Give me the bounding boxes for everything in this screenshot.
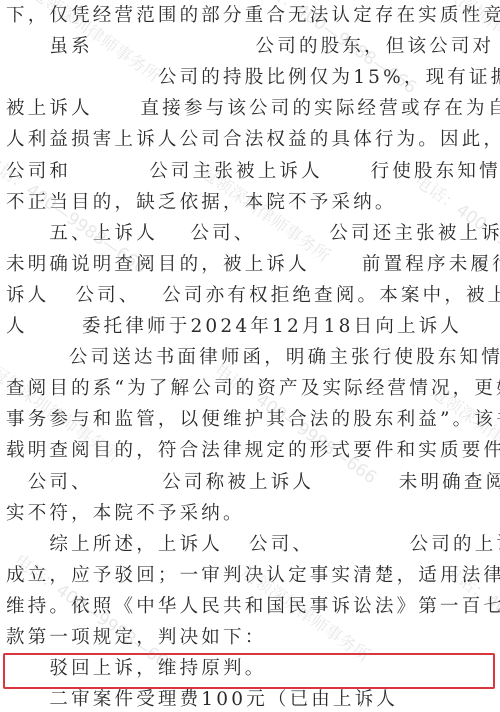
text-line: 查阅目的系“为了解公司的资产及实际经营情况，更好地对公司 bbox=[6, 373, 496, 404]
text-line: 不正当目的，缺乏依据，本院不予采纳。 bbox=[6, 187, 496, 218]
text-line: 款第一项规定，判决如下： bbox=[6, 622, 496, 653]
highlight-box-verdict bbox=[3, 653, 495, 689]
text-segment: 公司、 bbox=[190, 218, 255, 249]
text-line: 未明确说明查阅目的，被上诉人前置程序未履行完备，上 bbox=[6, 249, 496, 280]
text-segment: 公司、 bbox=[75, 280, 140, 311]
text-segment: 查阅目的系“为了解公司的资产及实际经营情况，更好地对公司 bbox=[6, 373, 500, 404]
text-line: 诉人公司、公司亦有权拒绝查阅。本案中，被上诉 bbox=[6, 280, 496, 311]
text-segment: 实不符，本院不予采纳。 bbox=[6, 498, 245, 529]
text-line: 公司、公司称被上诉人未明确查阅目的，与事 bbox=[6, 467, 496, 498]
text-segment: 公司称被上诉人 bbox=[162, 467, 314, 498]
text-segment: 前置程序未履行完备，上 bbox=[362, 249, 500, 280]
text-segment: 公司的股东，但该公司对 bbox=[256, 31, 495, 62]
text-line: 人利益损害上诉人公司合法权益的具体行为。因此，上诉人 bbox=[6, 124, 496, 155]
text-line: 五、上诉人公司、公司还主张被上诉人 bbox=[6, 218, 496, 249]
text-line: 公司的持股比例仅为15%，现有证据不足以证明 bbox=[6, 62, 496, 93]
text-line: 成立，应予驳回；一审判决认定事实清楚，适用法律正确，应予 bbox=[6, 560, 496, 591]
text-segment: 被上诉人 bbox=[6, 93, 93, 124]
text-line: 公司和公司主张被上诉人行使股东知情权存在 bbox=[6, 156, 496, 187]
text-line: 载明查阅目的，符合法律规定的形式要件和实质要件，上诉人 bbox=[6, 435, 496, 466]
text-segment: 直接参与该公司的实际经营或存在为自身或他 bbox=[141, 93, 500, 124]
text-segment: 虽系 bbox=[49, 31, 92, 62]
text-line: 公司送达书面律师函，明确主张行使股东知情权，并说明 bbox=[6, 342, 496, 373]
text-line: 事务参与和监管，以便维护其合法的股东利益”。该书面请求已 bbox=[6, 404, 496, 435]
text-segment: 人 bbox=[6, 311, 28, 342]
text-segment: 综上所述，上诉人 bbox=[49, 529, 223, 560]
text-segment: 诉人 bbox=[6, 280, 49, 311]
text-segment: 公司、 bbox=[28, 467, 93, 498]
text-segment: 载明查阅目的，符合法律规定的形式要件和实质要件，上诉人 bbox=[6, 435, 500, 466]
text-line: 人委托律师于2024年12月18日向上诉人公司及 bbox=[6, 311, 496, 342]
text-segment: 公司还主张被上诉人 bbox=[329, 218, 500, 249]
text-segment: 公司亦有权拒绝查阅。本案中，被上诉 bbox=[162, 280, 500, 311]
text-segment: 五、上诉人 bbox=[49, 218, 158, 249]
text-segment: 委托律师于2024年12月18日向上诉人 bbox=[82, 311, 462, 342]
text-segment: 公司、 bbox=[249, 529, 314, 560]
text-line: 被上诉人直接参与该公司的实际经营或存在为自身或他 bbox=[6, 93, 496, 124]
text-line: 虽系公司的股东，但该公司对 bbox=[6, 31, 496, 62]
text-segment: 下，仅凭经营范围的部分重合无法认定存在实质性竞争关系。 bbox=[6, 0, 500, 31]
text-line: 维持。依照《中华人民共和国民事诉讼法》第一百七十七条第一 bbox=[6, 591, 496, 622]
text-segment: 公司和 bbox=[6, 156, 71, 187]
document-page: 下，仅凭经营范围的部分重合无法认定存在实质性竞争关系。虽系公司的股东，但该公司对… bbox=[0, 0, 500, 712]
text-segment: 未明确说明查阅目的，被上诉人 bbox=[6, 249, 310, 280]
text-line: 实不符，本院不予采纳。 bbox=[6, 498, 496, 529]
text-segment: 人利益损害上诉人公司合法权益的具体行为。因此，上诉人 bbox=[6, 124, 500, 155]
text-segment: 公司的上诉请求不能 bbox=[410, 529, 500, 560]
text-segment: 公司送达书面律师函，明确主张行使股东知情权，并说明 bbox=[69, 342, 500, 373]
text-segment: 公司主张被上诉人 bbox=[149, 156, 323, 187]
text-line: 下，仅凭经营范围的部分重合无法认定存在实质性竞争关系。 bbox=[6, 0, 496, 31]
text-segment: 不正当目的，缺乏依据，本院不予采纳。 bbox=[6, 187, 397, 218]
text-line: 综上所述，上诉人公司、公司的上诉请求不能 bbox=[6, 529, 496, 560]
text-segment: 公司的持股比例仅为15%，现有证据不足以证明 bbox=[158, 62, 500, 93]
text-segment: 未明确查阅目的，与事 bbox=[399, 467, 500, 498]
text-segment: 款第一项规定，判决如下： bbox=[6, 622, 266, 653]
text-segment: 成立，应予驳回；一审判决认定事实清楚，适用法律正确，应予 bbox=[6, 560, 500, 591]
text-segment: 事务参与和监管，以便维护其合法的股东利益”。该书面请求已 bbox=[6, 404, 500, 435]
text-segment: 行使股东知情权存在 bbox=[371, 156, 500, 187]
text-segment: 维持。依照《中华人民共和国民事诉讼法》第一百七十七条第一 bbox=[6, 591, 500, 622]
